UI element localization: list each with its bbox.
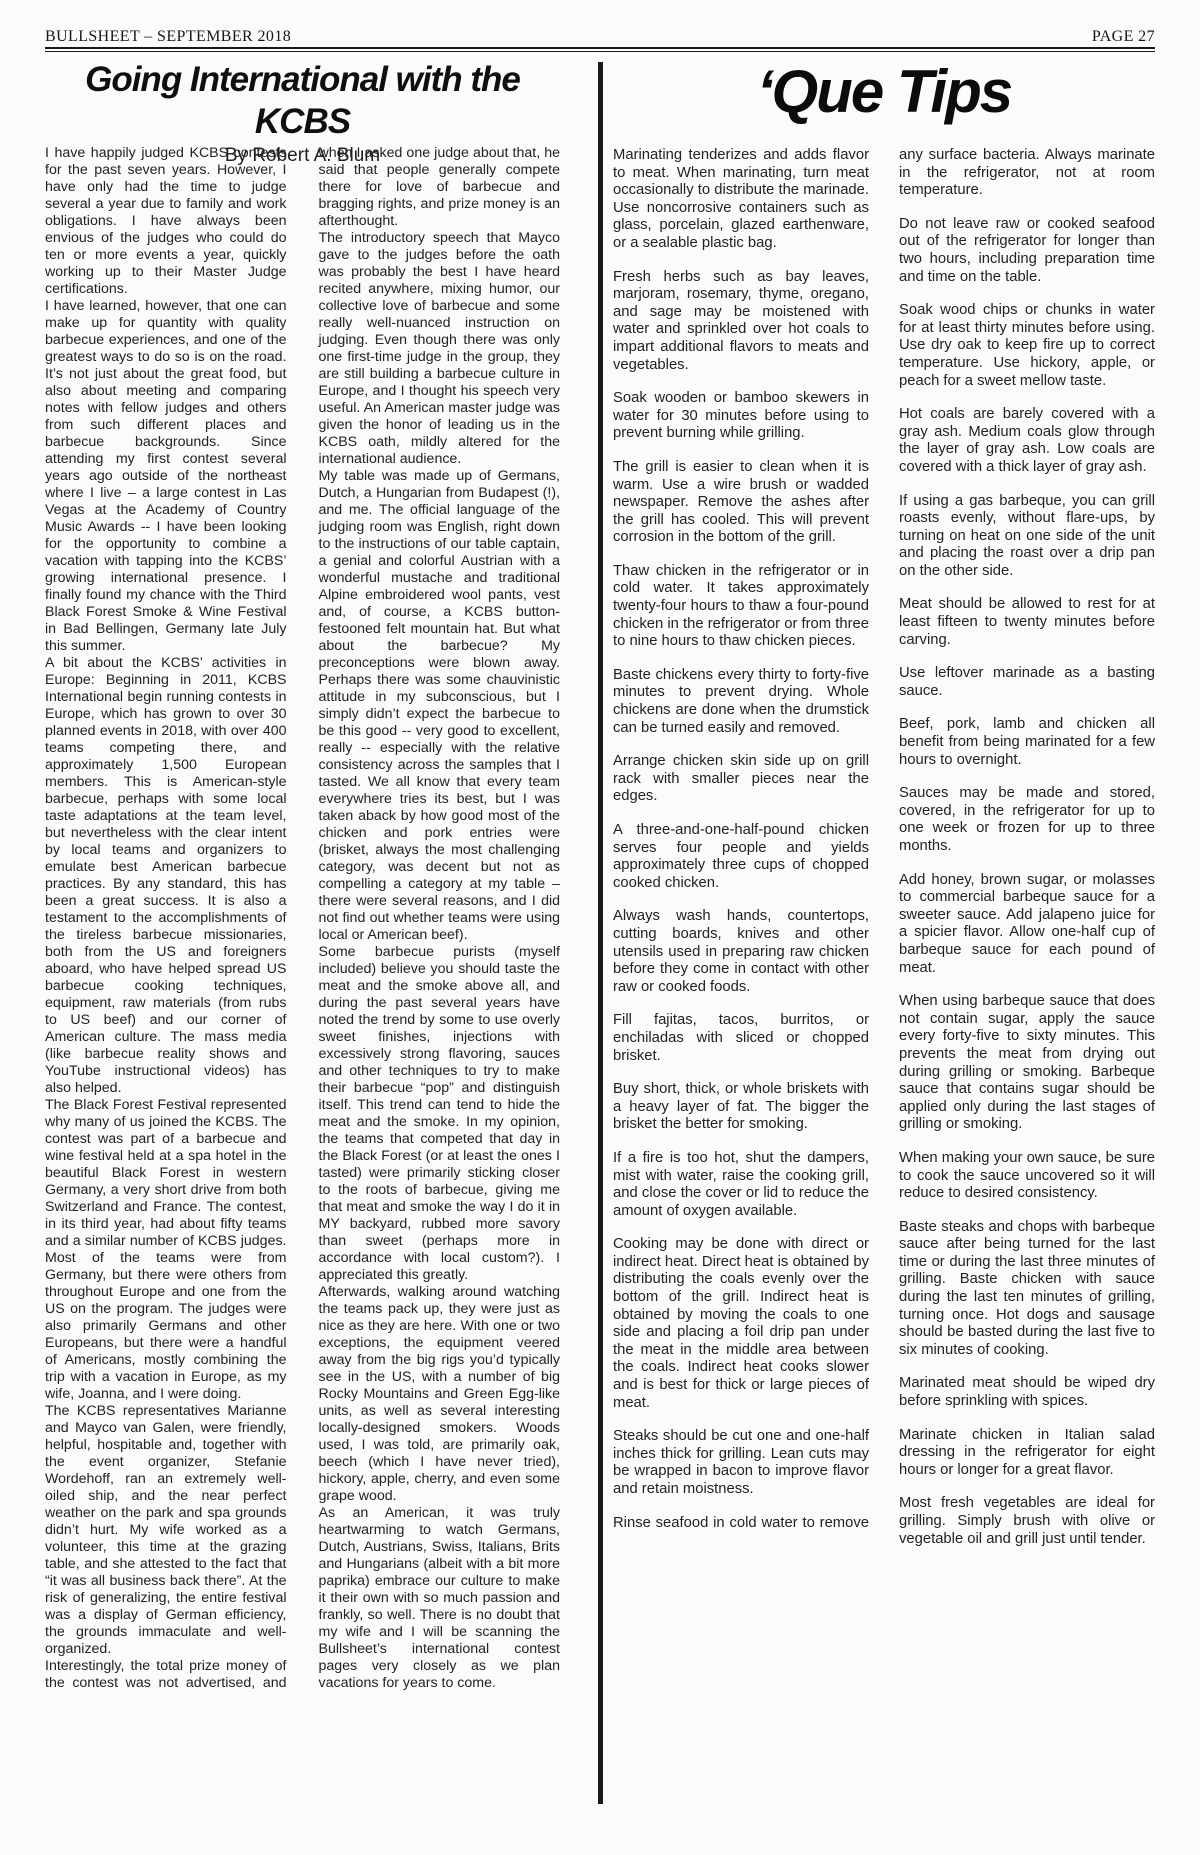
tips-title: ‘Que Tips	[613, 56, 1155, 128]
masthead: BULLSHEET – SEPTEMBER 2018 PAGE 27	[45, 28, 1155, 46]
article-paragraph: The KCBS representatives Marianne and Ma…	[45, 1403, 287, 1658]
article-paragraph: A bit about the KCBS’ activities in Euro…	[45, 655, 287, 1097]
article-paragraph: I have learned, however, that one can ma…	[45, 298, 287, 655]
tips-paragraph: Do not leave raw or cooked seafood out o…	[899, 216, 1155, 286]
tips-paragraph: Marinated meat should be wiped dry befor…	[899, 1375, 1155, 1410]
tips-paragraph: Arrange chicken skin side up on grill ra…	[613, 753, 869, 806]
newsletter-page: BULLSHEET – SEPTEMBER 2018 PAGE 27 Going…	[0, 0, 1200, 1855]
article-paragraph: The Black Forest Festival represented wh…	[45, 1097, 287, 1403]
tips-paragraph: Soak wood chips or chunks in water for a…	[899, 302, 1155, 390]
tips-paragraph: When using barbeque sauce that does not …	[899, 993, 1155, 1134]
tips-paragraph: Hot coals are barely covered with a gray…	[899, 406, 1155, 476]
tips-section: ‘Que Tips Marinating tenderizes and adds…	[613, 56, 1155, 1855]
tips-paragraph: Cooking may be done with direct or indir…	[613, 1236, 869, 1412]
masthead-page-number: PAGE 27	[1092, 28, 1155, 46]
tips-paragraph: Baste steaks and chops with barbeque sau…	[899, 1219, 1155, 1360]
tips-paragraph: Baste chickens every thirty to forty-fiv…	[613, 667, 869, 737]
article-paragraph: As an American, it was truly heartwarmin…	[319, 1505, 561, 1692]
article-paragraph: My table was made up of Germans, Dutch, …	[319, 468, 561, 944]
tips-body: Marinating tenderizes and adds flavor to…	[613, 147, 1155, 1548]
tips-paragraph: Meat should be allowed to rest for at le…	[899, 596, 1155, 649]
article-paragraph: Afterwards, walking around watching the …	[319, 1284, 561, 1505]
section-divider	[598, 62, 603, 1804]
tips-paragraph: If a fire is too hot, shut the dampers, …	[613, 1150, 869, 1220]
page-content: Going International with the KCBS By Rob…	[45, 56, 1155, 1855]
article-header: Going International with the KCBS By Rob…	[45, 56, 560, 133]
tips-paragraph: If using a gas barbeque, you can grill r…	[899, 493, 1155, 581]
article-paragraph: I have happily judged KCBS contests for …	[45, 145, 287, 298]
tips-header: ‘Que Tips	[613, 56, 1155, 133]
tips-paragraph: Use leftover marinade as a basting sauce…	[899, 665, 1155, 700]
tips-paragraph: Thaw chicken in the refrigerator or in c…	[613, 563, 869, 651]
tips-paragraph: The grill is easier to clean when it is …	[613, 459, 869, 547]
article-paragraph: The introductory speech that Mayco gave …	[319, 230, 561, 468]
masthead-double-rule	[45, 47, 1155, 52]
tips-paragraph: Marinate chicken in Italian salad dressi…	[899, 1427, 1155, 1480]
tips-paragraph: Most fresh vegetables are ideal for gril…	[899, 1495, 1155, 1548]
tips-paragraph: Buy short, thick, or whole briskets with…	[613, 1081, 869, 1134]
article-paragraph: Some barbecue purists (myself included) …	[319, 944, 561, 1284]
tips-paragraph: Soak wooden or bamboo skewers in water f…	[613, 390, 869, 443]
tips-paragraph: Sauces may be made and stored, covered, …	[899, 785, 1155, 855]
article-body: I have happily judged KCBS contests for …	[45, 145, 560, 1692]
tips-paragraph: Marinating tenderizes and adds flavor to…	[613, 147, 869, 253]
tips-paragraph: Fresh herbs such as bay leaves, marjoram…	[613, 269, 869, 375]
tips-paragraph: Beef, pork, lamb and chicken all benefit…	[899, 716, 1155, 769]
tips-paragraph: Fill fajitas, tacos, burritos, or enchil…	[613, 1012, 869, 1065]
article-title: Going International with the KCBS	[45, 56, 560, 143]
tips-paragraph: A three-and-one-half-pound chicken serve…	[613, 822, 869, 892]
tips-paragraph: Always wash hands, countertops, cutting …	[613, 908, 869, 996]
article-section: Going International with the KCBS By Rob…	[45, 56, 560, 1855]
tips-paragraph: When making your own sauce, be sure to c…	[899, 1150, 1155, 1203]
tips-paragraph: Steaks should be cut one and one-half in…	[613, 1428, 869, 1498]
tips-paragraph: Add honey, brown sugar, or molasses to c…	[899, 872, 1155, 978]
masthead-issue: BULLSHEET – SEPTEMBER 2018	[45, 28, 291, 46]
